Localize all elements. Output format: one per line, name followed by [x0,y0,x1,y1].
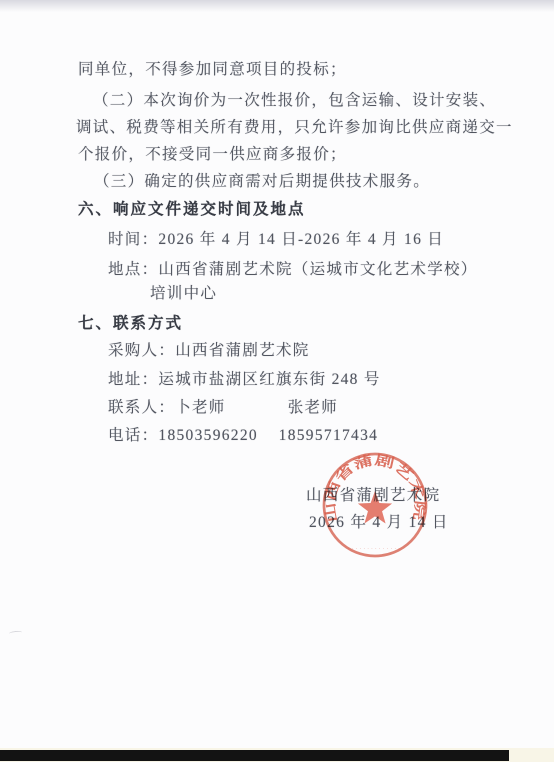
clause-2-line-2: 调试、税费等相关所有费用，只允许参加询比供应商递交一 [76,119,513,137]
clause-3: （三）确定的供应商需对后期提供技术服务。 [94,173,430,191]
scan-artifact-mark [9,630,22,635]
submission-location: 地点：山西省蒲剧艺术院（运城市文化艺术学校） [108,261,478,279]
scanned-document-page: 同单位，不得参加同意项目的投标； （二）本次询价为一次性报价，包含运输、设计安装… [0,0,554,762]
section-6-heading: 六、响应文件递交时间及地点 [78,201,306,219]
submission-time: 时间：2026 年 4 月 14 日-2026 年 4 月 16 日 [108,231,444,249]
purchaser-line: 采购人：山西省蒲剧艺术院 [108,342,310,360]
scanner-edge-shadow [0,0,554,12]
address-line: 地址：运城市盐湖区红旗东街 248 号 [108,371,381,389]
section-7-heading: 七、联系方式 [78,315,183,333]
seal-code: ·············· [348,547,402,552]
seal-star-icon [358,491,392,524]
scanner-black-band [0,750,509,761]
submission-location-line-2: 培训中心 [150,285,217,303]
clause-2-line-3: 个报价，不接受同一供应商多报价； [78,146,347,164]
clause-1-continuation: 同单位，不得参加同意项目的投标； [78,61,347,79]
contact-persons-line: 联系人：卜老师 张老师 [108,399,338,417]
clause-2-line-1: （二）本次询价为一次性报价，包含运输、设计安装、 [93,92,496,110]
official-seal: 山西省蒲剧艺术院 ·············· [308,436,448,576]
